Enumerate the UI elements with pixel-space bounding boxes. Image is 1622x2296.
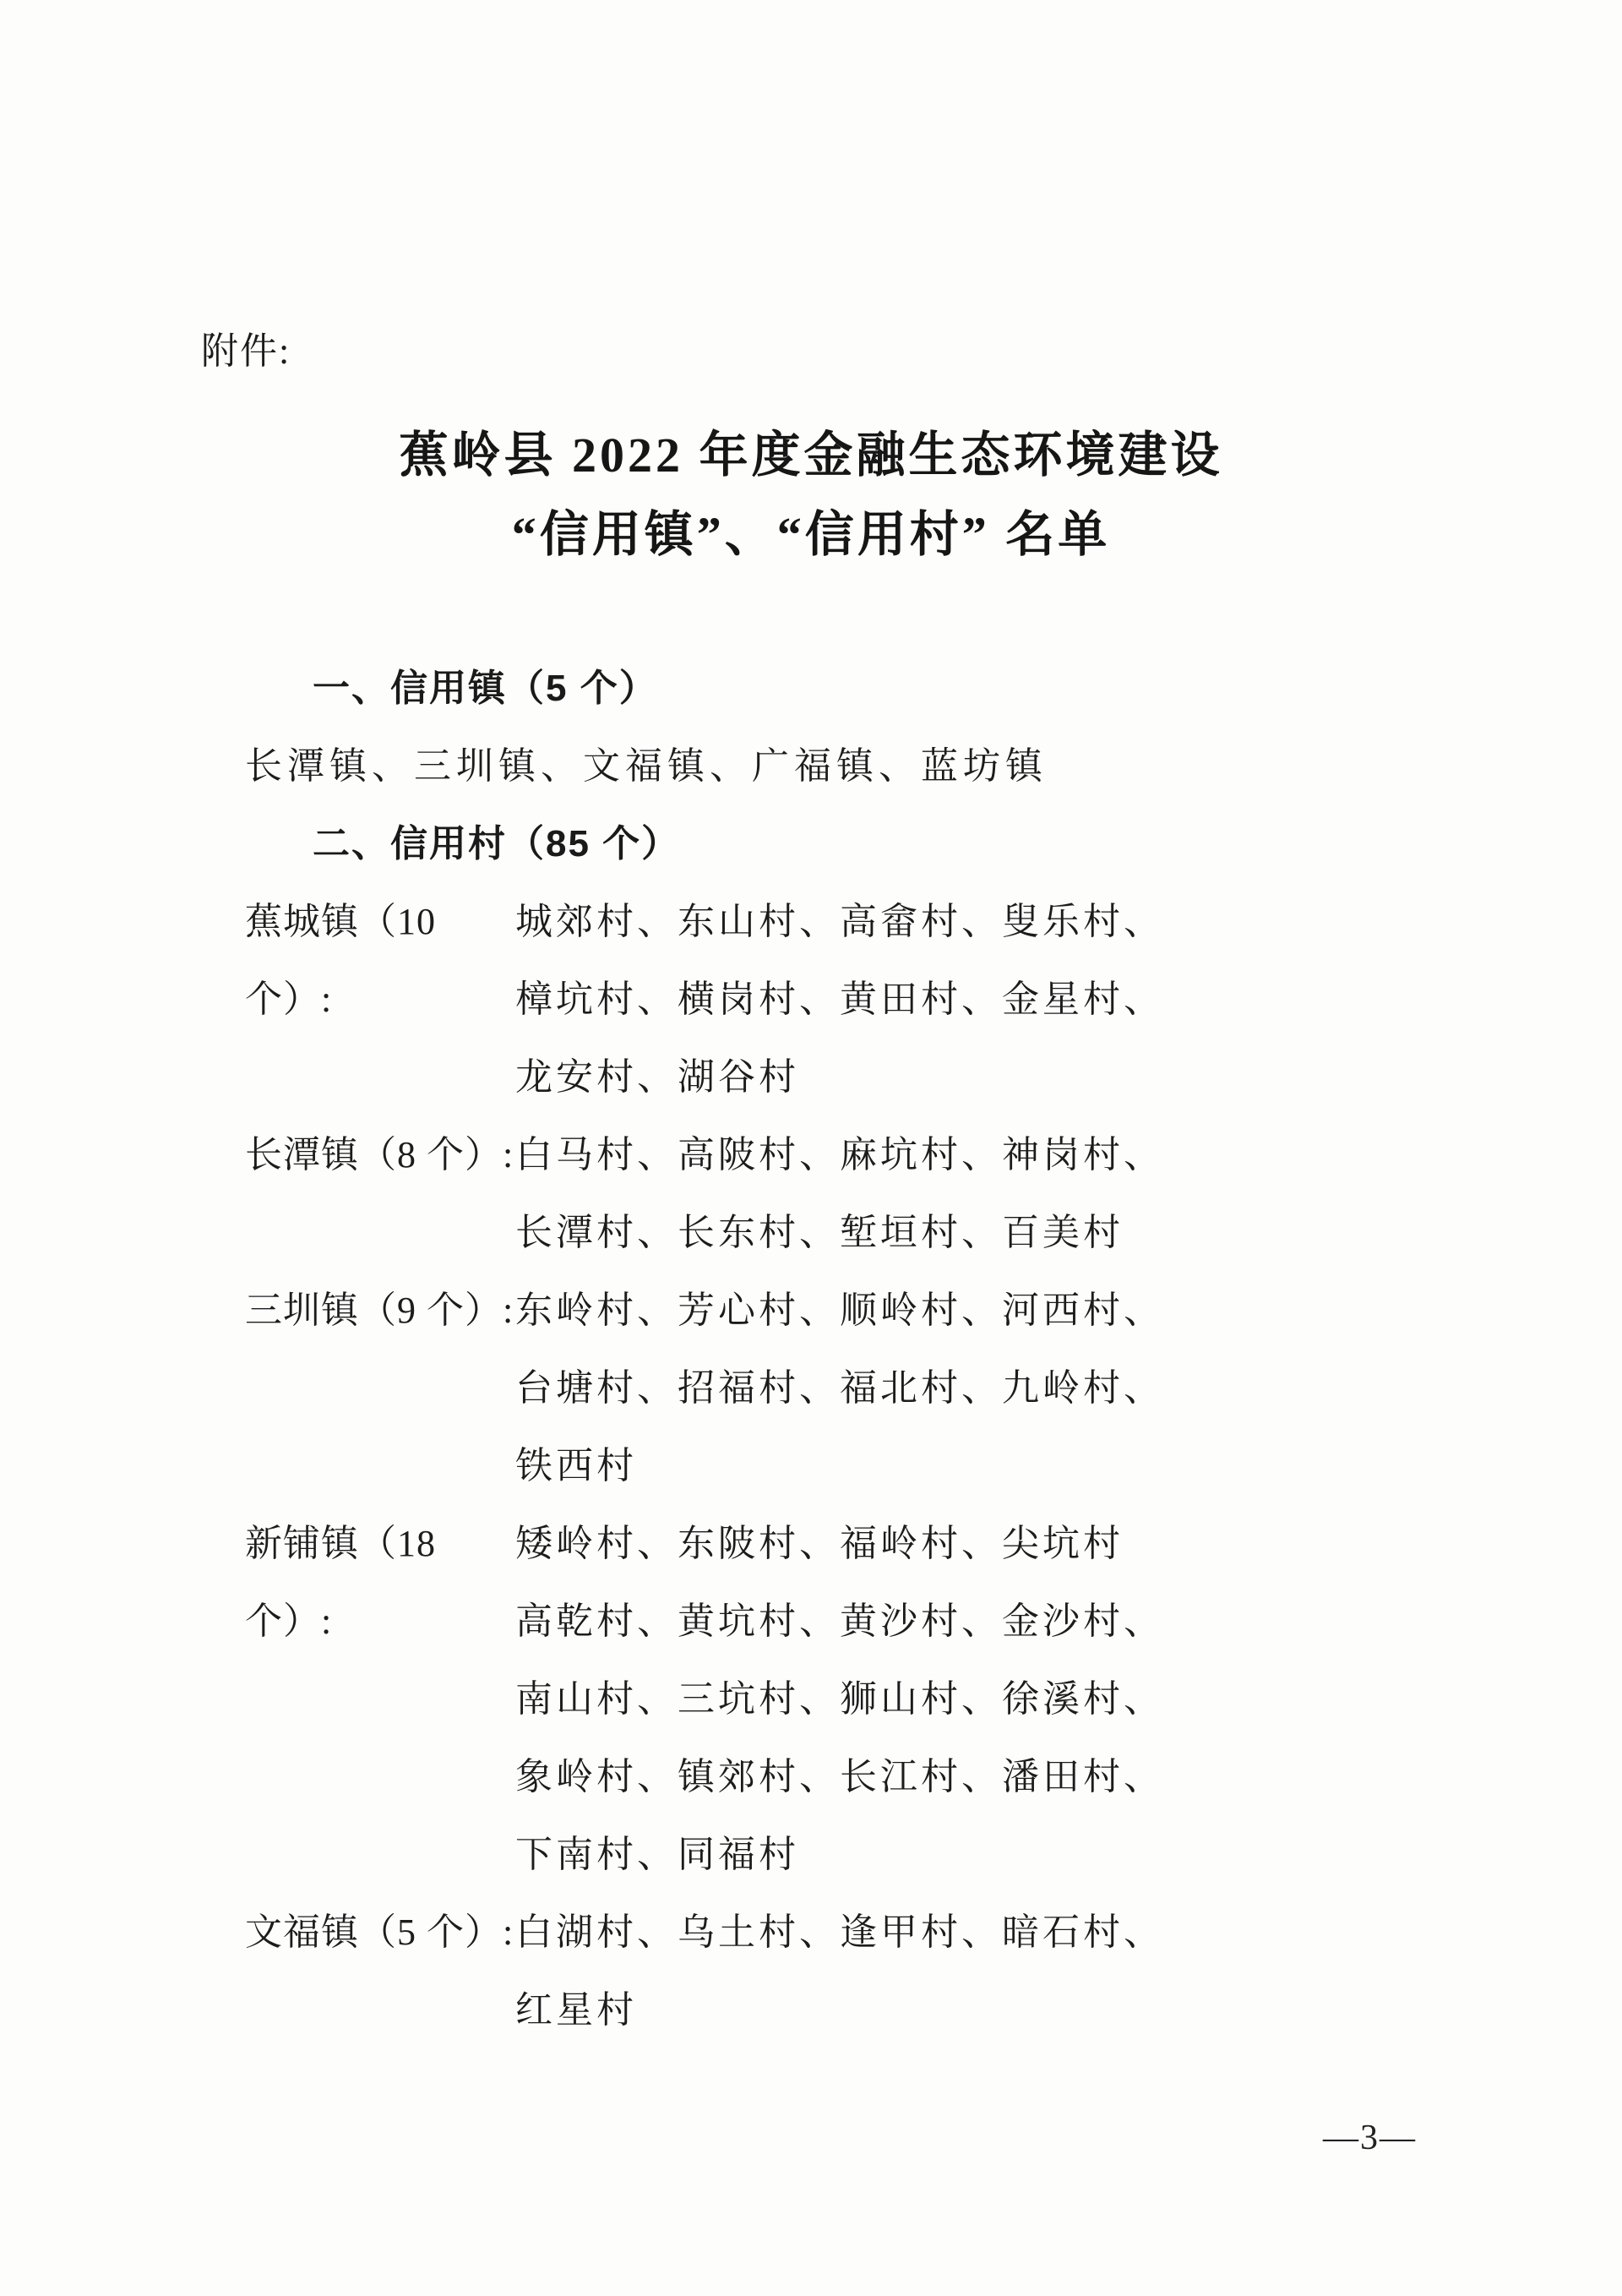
village-line: 樟坑村、横岗村、黄田村、金星村、 (515, 961, 1428, 1039)
village-row-changtan: 长潭镇（8 个）: 白马村、高陂村、麻坑村、神岗村、 长潭村、长东村、堑垣村、百… (245, 1116, 1428, 1272)
village-list: 城郊村、东山村、高畲村、叟乐村、 樟坑村、横岗村、黄田村、金星村、 龙安村、湖谷… (515, 883, 1428, 1116)
village-row-xinpu: 新铺镇（18 个）: 矮岭村、东陂村、福岭村、尖坑村 高乾村、黄坑村、黄沙村、金… (245, 1505, 1428, 1894)
village-line: 高乾村、黄坑村、黄沙村、金沙村、 (515, 1583, 1428, 1661)
page-number: —3— (1323, 2118, 1417, 2158)
section-heading-credit-villages: 二、信用村（85 个） (245, 805, 1428, 883)
village-list: 东岭村、芳心村、顺岭村、河西村、 台塘村、招福村、福北村、九岭村、 铁西村 (515, 1272, 1428, 1505)
village-row-wenfu: 文福镇（5 个）: 白湖村、乌土村、逢甲村、暗石村、 红星村 (245, 1894, 1428, 2049)
credit-towns-list: 长潭镇、三圳镇、文福镇、广福镇、蓝坊镇 (245, 728, 1428, 805)
document-title: 蕉岭县 2022 年度金融生态环境建设 “信用镇”、“信用村” 名单 (0, 416, 1622, 575)
village-row-jiaocheng: 蕉城镇（10 个）: 城郊村、东山村、高畲村、叟乐村、 樟坑村、横岗村、黄田村、… (245, 883, 1428, 1116)
section-heading-credit-towns: 一、信用镇（5 个） (245, 650, 1428, 728)
town-label: 文福镇（5 个）: (245, 1894, 515, 1972)
village-list: 白马村、高陂村、麻坑村、神岗村、 长潭村、长东村、堑垣村、百美村 (515, 1116, 1428, 1272)
village-line: 台塘村、招福村、福北村、九岭村、 (515, 1350, 1428, 1427)
title-line-1: 蕉岭县 2022 年度金融生态环境建设 (0, 416, 1622, 495)
town-label: 新铺镇（18 个）: (245, 1505, 515, 1661)
attachment-label: 附件: (201, 328, 291, 375)
town-label: 三圳镇（9 个）: (245, 1272, 515, 1350)
village-line: 矮岭村、东陂村、福岭村、尖坑村 (515, 1505, 1428, 1583)
village-list: 白湖村、乌土村、逢甲村、暗石村、 红星村 (515, 1894, 1428, 2049)
village-line: 铁西村 (515, 1427, 1428, 1505)
title-line-2: “信用镇”、“信用村” 名单 (0, 495, 1622, 575)
village-list: 矮岭村、东陂村、福岭村、尖坑村 高乾村、黄坑村、黄沙村、金沙村、 南山村、三坑村… (515, 1505, 1428, 1894)
village-line: 白湖村、乌土村、逢甲村、暗石村、 (515, 1894, 1428, 1972)
village-line: 龙安村、湖谷村 (515, 1039, 1428, 1116)
village-row-sanzhen: 三圳镇（9 个）: 东岭村、芳心村、顺岭村、河西村、 台塘村、招福村、福北村、九… (245, 1272, 1428, 1505)
document-body: 一、信用镇（5 个） 长潭镇、三圳镇、文福镇、广福镇、蓝坊镇 二、信用村（85 … (245, 650, 1428, 2049)
village-line: 长潭村、长东村、堑垣村、百美村 (515, 1194, 1428, 1272)
village-line: 象岭村、镇郊村、长江村、潘田村、 (515, 1738, 1428, 1816)
village-line: 南山村、三坑村、狮山村、徐溪村、 (515, 1661, 1428, 1738)
village-line: 下南村、同福村 (515, 1816, 1428, 1894)
town-label: 蕉城镇（10 个）: (245, 883, 515, 1039)
village-line: 白马村、高陂村、麻坑村、神岗村、 (515, 1116, 1428, 1194)
village-line: 红星村 (515, 1972, 1428, 2049)
town-label: 长潭镇（8 个）: (245, 1116, 515, 1194)
village-line: 城郊村、东山村、高畲村、叟乐村、 (515, 883, 1428, 961)
document-page: 附件: 蕉岭县 2022 年度金融生态环境建设 “信用镇”、“信用村” 名单 一… (0, 0, 1622, 2296)
village-line: 东岭村、芳心村、顺岭村、河西村、 (515, 1272, 1428, 1350)
